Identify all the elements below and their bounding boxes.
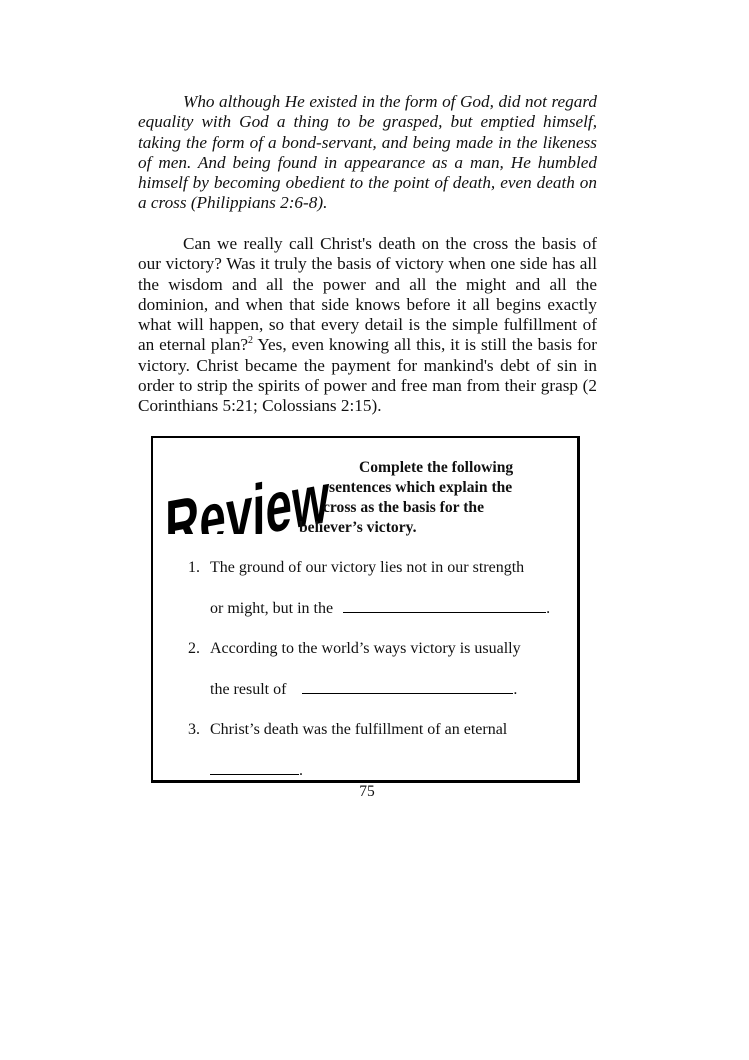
scripture-quote-text: Who although He existed in the form of G… bbox=[138, 92, 597, 212]
question-number: 1. bbox=[188, 558, 200, 578]
question-text: Christ’s death was the fulfillment of an… bbox=[210, 720, 507, 740]
answer-blank-1[interactable] bbox=[343, 598, 546, 613]
review-instructions-line: sentences which explain the bbox=[329, 478, 512, 498]
body-paragraph: Can we really call Christ's death on the… bbox=[138, 234, 597, 417]
page-number: 75 bbox=[0, 782, 734, 802]
scripture-quote: Who although He existed in the form of G… bbox=[138, 92, 597, 214]
question-number: 2. bbox=[188, 639, 200, 659]
answer-blank-2[interactable] bbox=[302, 679, 513, 694]
period: . bbox=[513, 681, 517, 698]
review-instructions-line: cross as the basis for the bbox=[323, 498, 484, 518]
document-page: Who although He existed in the form of G… bbox=[0, 0, 749, 1060]
question-text: or might, but in the bbox=[210, 600, 337, 617]
period: . bbox=[299, 762, 303, 779]
review-instructions-line: Complete the following bbox=[359, 458, 513, 478]
review-instructions-line: believer’s victory. bbox=[299, 518, 416, 538]
question-text: the result of bbox=[210, 681, 290, 698]
review-box: Review Complete the following sentences … bbox=[151, 436, 580, 783]
question-number: 3. bbox=[188, 720, 200, 740]
question-text: According to the world’s ways victory is… bbox=[210, 639, 521, 659]
answer-blank-3[interactable] bbox=[210, 760, 299, 775]
question-text: The ground of our victory lies not in ou… bbox=[210, 558, 524, 578]
period: . bbox=[546, 600, 550, 617]
